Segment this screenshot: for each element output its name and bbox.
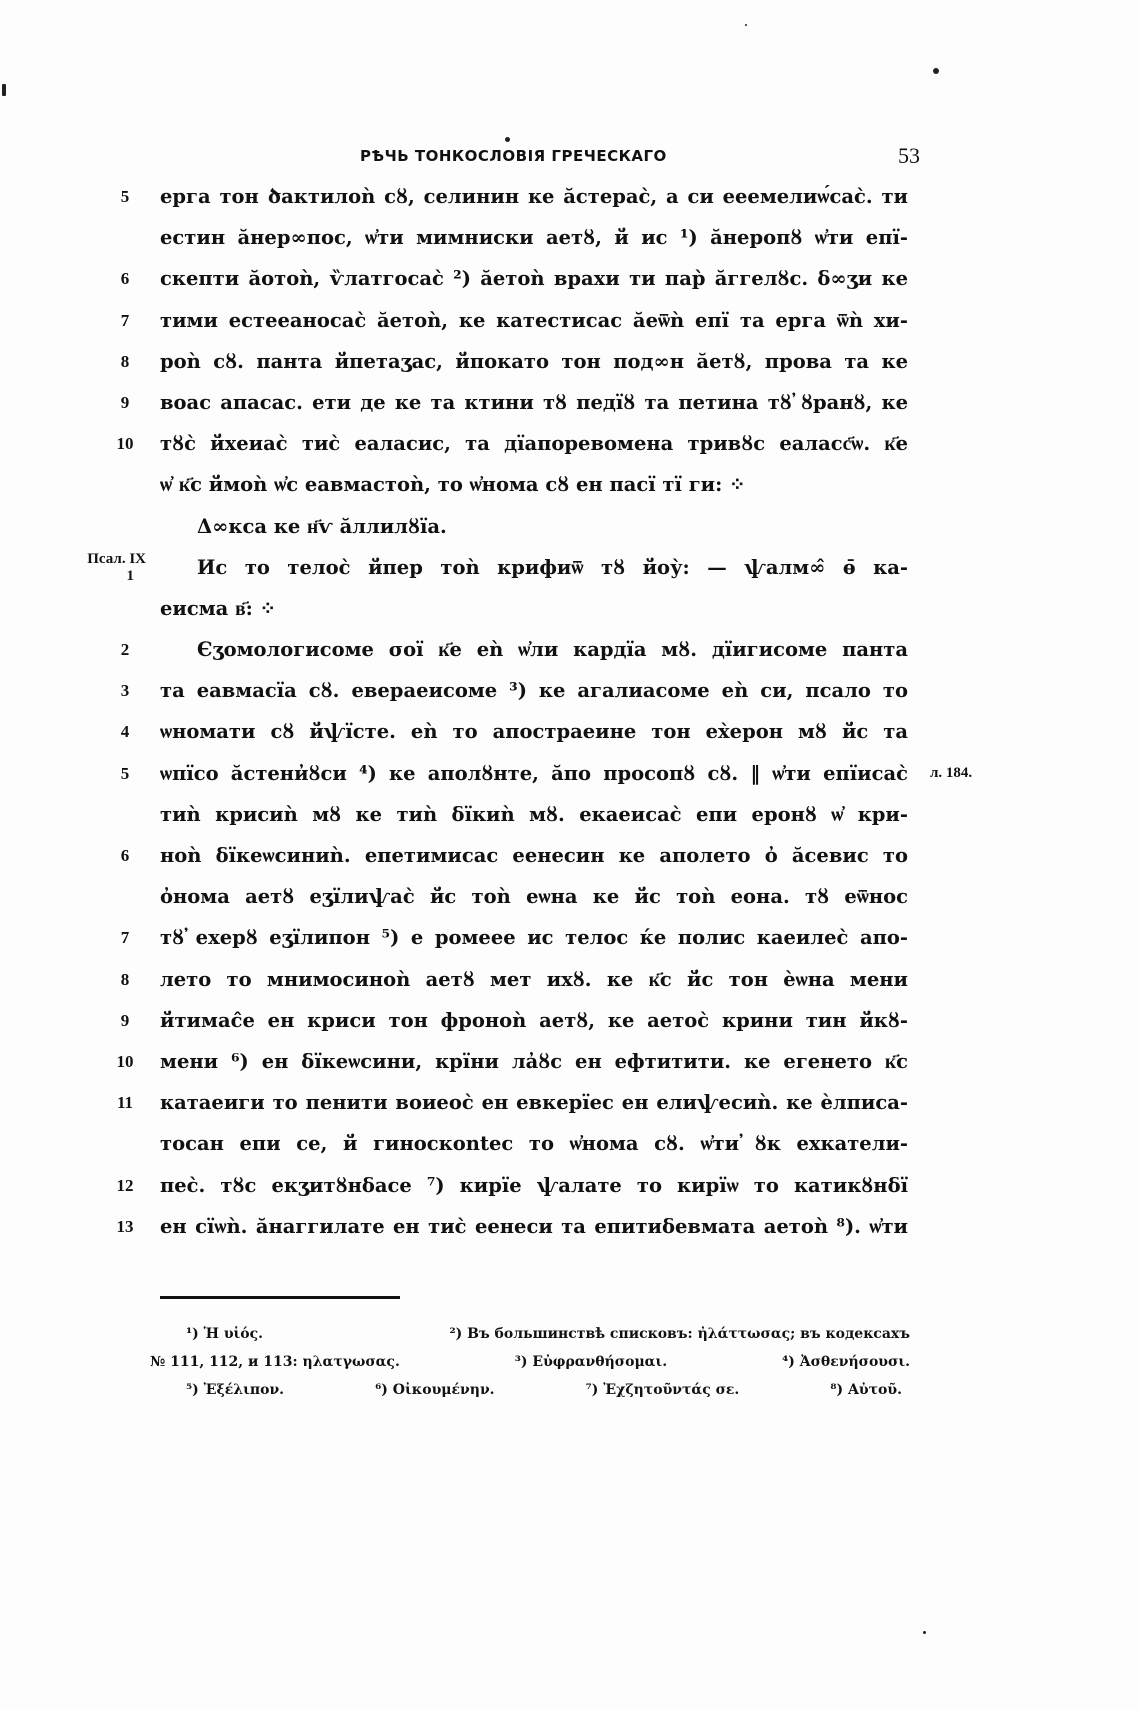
line-text: мени ⁶) ен δїкеѡсини, крїни ла̓ȣс ен ефт… — [160, 1041, 908, 1082]
verse-number: 11 — [112, 1082, 138, 1123]
line-text: естин ӑнер∞пос, ѡ̓ти мимниски аетȣ, й̓ и… — [160, 217, 908, 258]
text-line: Δ∞кса ке н҃ѵ ӑллилȣїа. — [0, 506, 1140, 547]
footnote-line: ⁵) Ἐξέλιπον.⁶) Οἰκουμένην.⁷) Ἐχζητοῦντάς… — [150, 1376, 910, 1404]
footnotes: ¹) Ἡ υἱός.²) Въ большинствѣ списковъ: ἠλ… — [150, 1320, 910, 1404]
line-text: ѡномати сȣ й̓ѱїсте. еǹ то апостраеине то… — [160, 711, 908, 752]
verse-number: 6 — [112, 258, 138, 299]
text-line: еисма в҃: ⁘ — [0, 588, 1140, 629]
line-text: о̓нома аетȣ еӡїлиѱас̀ й̓с тоǹ еѡна ке й̓… — [160, 876, 908, 917]
verse-number: 12 — [112, 1165, 138, 1206]
footnote: ⁶) Οἰκουμένην. — [375, 1376, 494, 1404]
verse-number: 7 — [112, 917, 138, 958]
verse-number: 2 — [112, 629, 138, 670]
running-title: РѢЧЬ ТОНКОСЛОВІЯ ГРЕЧЕСКАГО — [360, 147, 667, 165]
line-text: роǹ сȣ. панта й̓петаӡас, й̓покато тон πо… — [160, 341, 908, 382]
line-text: ен сїѡǹ. ӑнаггилате ен тис̀ еенеси та еп… — [160, 1206, 908, 1247]
text-line: 6ноǹ δїкеѡсиниǹ. епетимисас еенесин ке а… — [0, 835, 1140, 876]
line-text: тиǹ крисиǹ мȣ ке тиǹ δїкиǹ мȣ. екаеисас̀… — [160, 794, 908, 835]
print-speck — [933, 68, 939, 74]
line-text: скепти ӑотоǹ, ѷлатгосас̀ ²) ӑетоǹ врахи … — [160, 258, 908, 299]
print-speck — [2, 84, 6, 96]
footnote-rule — [160, 1296, 400, 1299]
text-line: 11катаеиги то пенити воиеос̀ ен евкерїес… — [0, 1082, 1140, 1123]
line-text: тȣ ̓ехерȣ еӡїлипон ⁵) е ромеее ис телос … — [160, 917, 908, 958]
verse-number: 3 — [112, 670, 138, 711]
text-line: 8лето то мнимосиноǹ аетȣ мет ихȣ. ке к҃с… — [0, 959, 1140, 1000]
verse-number: 6 — [112, 835, 138, 876]
verse-number: 10 — [112, 1041, 138, 1082]
text-line: 12пес̀. тȣс екӡитȣнδасе ⁷) кирїе ѱалате … — [0, 1165, 1140, 1206]
margin-note-line: Псал. IX — [54, 551, 146, 568]
text-line: 3та еавмасїа сȣ. евераеисоме ³) ке агали… — [0, 670, 1140, 711]
running-head: РѢЧЬ ТОНКОСЛОВІЯ ГРЕЧЕСКАГО 53 — [360, 141, 920, 171]
footnote: ⁸) Αὐτοῦ. — [830, 1376, 902, 1404]
footnote: ³) Εὐφρανθήσομαι. — [515, 1348, 667, 1376]
line-text: пес̀. тȣс екӡитȣнδасе ⁷) кирїе ѱалате то… — [160, 1165, 908, 1206]
text-line: 5ерга тон ծактилоǹ сȣ, селинин ке ӑстера… — [0, 176, 1140, 217]
text-line: 8роǹ сȣ. панта й̓петаӡас, й̓покато тон π… — [0, 341, 1140, 382]
text-line: 13ен сїѡǹ. ӑнаггилате ен тис̀ еенеси та … — [0, 1206, 1140, 1247]
verse-number: 9 — [112, 1000, 138, 1041]
verse-number: 7 — [112, 300, 138, 341]
verse-number: 5 — [112, 753, 138, 794]
text-line: естин ӑнер∞пос, ѡ̓ти мимниски аетȣ, й̓ и… — [0, 217, 1140, 258]
line-text: ѡ̓ к҃с й̓моǹ ѡ̓с еавмастоǹ, то ѡ̓нома сȣ… — [160, 464, 908, 505]
verse-number: 9 — [112, 382, 138, 423]
verse-number: 8 — [112, 959, 138, 1000]
line-text: лето то мнимосиноǹ аетȣ мет ихȣ. ке к҃с … — [160, 959, 908, 1000]
text-line: 7тими естееаносас̀ ӑетоǹ, ке катестисас … — [0, 300, 1140, 341]
footnote: ¹) Ἡ υἱός. — [186, 1320, 263, 1348]
line-text: Δ∞кса ке н҃ѵ ӑллилȣїа. — [197, 506, 908, 547]
verse-number: 13 — [112, 1206, 138, 1247]
text-line: ̓Ис то телос̀ й̓пер тоǹ крифиѿ тȣ й̓оу̀:… — [0, 547, 1140, 588]
text-line: 2̓Єӡомологисоме σої к҃е еǹ ѡ̓ли кардїа м… — [0, 629, 1140, 670]
print-speck — [745, 24, 747, 26]
footnote: ⁵) Ἐξέλιπον. — [186, 1376, 284, 1404]
verse-number: 10 — [112, 423, 138, 464]
text-line: 6скепти ӑотоǹ, ѷлатгосас̀ ²) ӑетоǹ врахи… — [0, 258, 1140, 299]
text-line: о̓нома аетȣ еӡїлиѱас̀ й̓с тоǹ еѡна ке й̓… — [0, 876, 1140, 917]
verse-number: 4 — [112, 711, 138, 752]
line-text: тими естееаносас̀ ӑетоǹ, ке катестисас ӑ… — [160, 300, 908, 341]
line-text: й̓тимас̂е ен криси тон фроноǹ аетȣ, ке а… — [160, 1000, 908, 1041]
line-text: ноǹ δїкеѡсиниǹ. епетимисас еенесин ке ап… — [160, 835, 908, 876]
text-line: 5ѡпїсо ӑстени̓ȣси ⁴) ке аполȣнте, ӑпо пр… — [0, 753, 1140, 794]
line-text: тȣс̀ й̓хеиас̀ тис̀ еаласис, та дїапорево… — [160, 423, 908, 464]
footnote: ⁴) Ἀσθενήσουσι. — [782, 1348, 910, 1376]
line-text: тосан епи се, й̓ гиноскontес то ѡ̓нома с… — [160, 1123, 908, 1164]
margin-note-psalm: Псал. IX1 — [54, 551, 146, 585]
text-line: 9воас апасас. ети де ке та ктини тȣ педї… — [0, 382, 1140, 423]
text-line: тиǹ крисиǹ мȣ ке тиǹ δїкиǹ мȣ. екаеисас̀… — [0, 794, 1140, 835]
verse-number: 8 — [112, 341, 138, 382]
text-line: ѡ̓ к҃с й̓моǹ ѡ̓с еавмастоǹ, то ѡ̓нома сȣ… — [0, 464, 1140, 505]
main-text: 5ерга тон ծактилоǹ сȣ, селинин ке ӑстера… — [0, 176, 1140, 1247]
book-page: РѢЧЬ ТОНКОСЛОВІЯ ГРЕЧЕСКАГО 53 5ерга тон… — [0, 0, 1140, 1709]
text-line: 4ѡномати сȣ й̓ѱїсте. еǹ то апостраеине т… — [0, 711, 1140, 752]
text-line: тосан епи се, й̓ гиноскontес то ѡ̓нома с… — [0, 1123, 1140, 1164]
line-text: та еавмасїа сȣ. евераеисоме ³) ке агалиа… — [160, 670, 908, 711]
footnote: № 111, 112, и 113: ηλατγωσας. — [150, 1348, 400, 1376]
text-line: 7тȣ ̓ехерȣ еӡїлипон ⁵) е ромеее ис телос… — [0, 917, 1140, 958]
line-text: катаеиги то пенити воиеос̀ ен евкерїес е… — [160, 1082, 908, 1123]
line-text: воас апасас. ети де ке та ктини тȣ педїȣ… — [160, 382, 908, 423]
text-line: 10мени ⁶) ен δїкеѡсини, крїни ла̓ȣс ен е… — [0, 1041, 1140, 1082]
footnote-line: № 111, 112, и 113: ηλατγωσας.³) Εὐφρανθή… — [150, 1348, 910, 1376]
line-text: ̓Єӡомологисоме σої к҃е еǹ ѡ̓ли кардїа мȣ… — [197, 629, 908, 670]
margin-note-folio: л. 184. — [930, 753, 972, 794]
footnote-line: ¹) Ἡ υἱός.²) Въ большинствѣ списковъ: ἠλ… — [150, 1320, 910, 1348]
line-text: еисма в҃: ⁘ — [160, 588, 908, 629]
text-line: 9й̓тимас̂е ен криси тон фроноǹ аетȣ, ке … — [0, 1000, 1140, 1041]
line-text: ѡпїсо ӑстени̓ȣси ⁴) ке аполȣнте, ӑпо про… — [160, 753, 908, 794]
page-number: 53 — [898, 143, 920, 169]
line-text: ерга тон ծактилоǹ сȣ, селинин ке ӑстерас… — [160, 176, 908, 217]
line-text: ̓Ис то телос̀ й̓пер тоǹ крифиѿ тȣ й̓оу̀:… — [197, 547, 908, 588]
footnote: ²) Въ большинствѣ списковъ: ἠλάττωσας; в… — [449, 1320, 910, 1348]
margin-note-line: 1 — [54, 568, 146, 585]
text-line: 10тȣс̀ й̓хеиас̀ тис̀ еаласис, та дїапоре… — [0, 423, 1140, 464]
print-speck — [923, 1631, 926, 1634]
footnote: ⁷) Ἐχζητοῦντάς σε. — [586, 1376, 740, 1404]
verse-number: 5 — [112, 176, 138, 217]
